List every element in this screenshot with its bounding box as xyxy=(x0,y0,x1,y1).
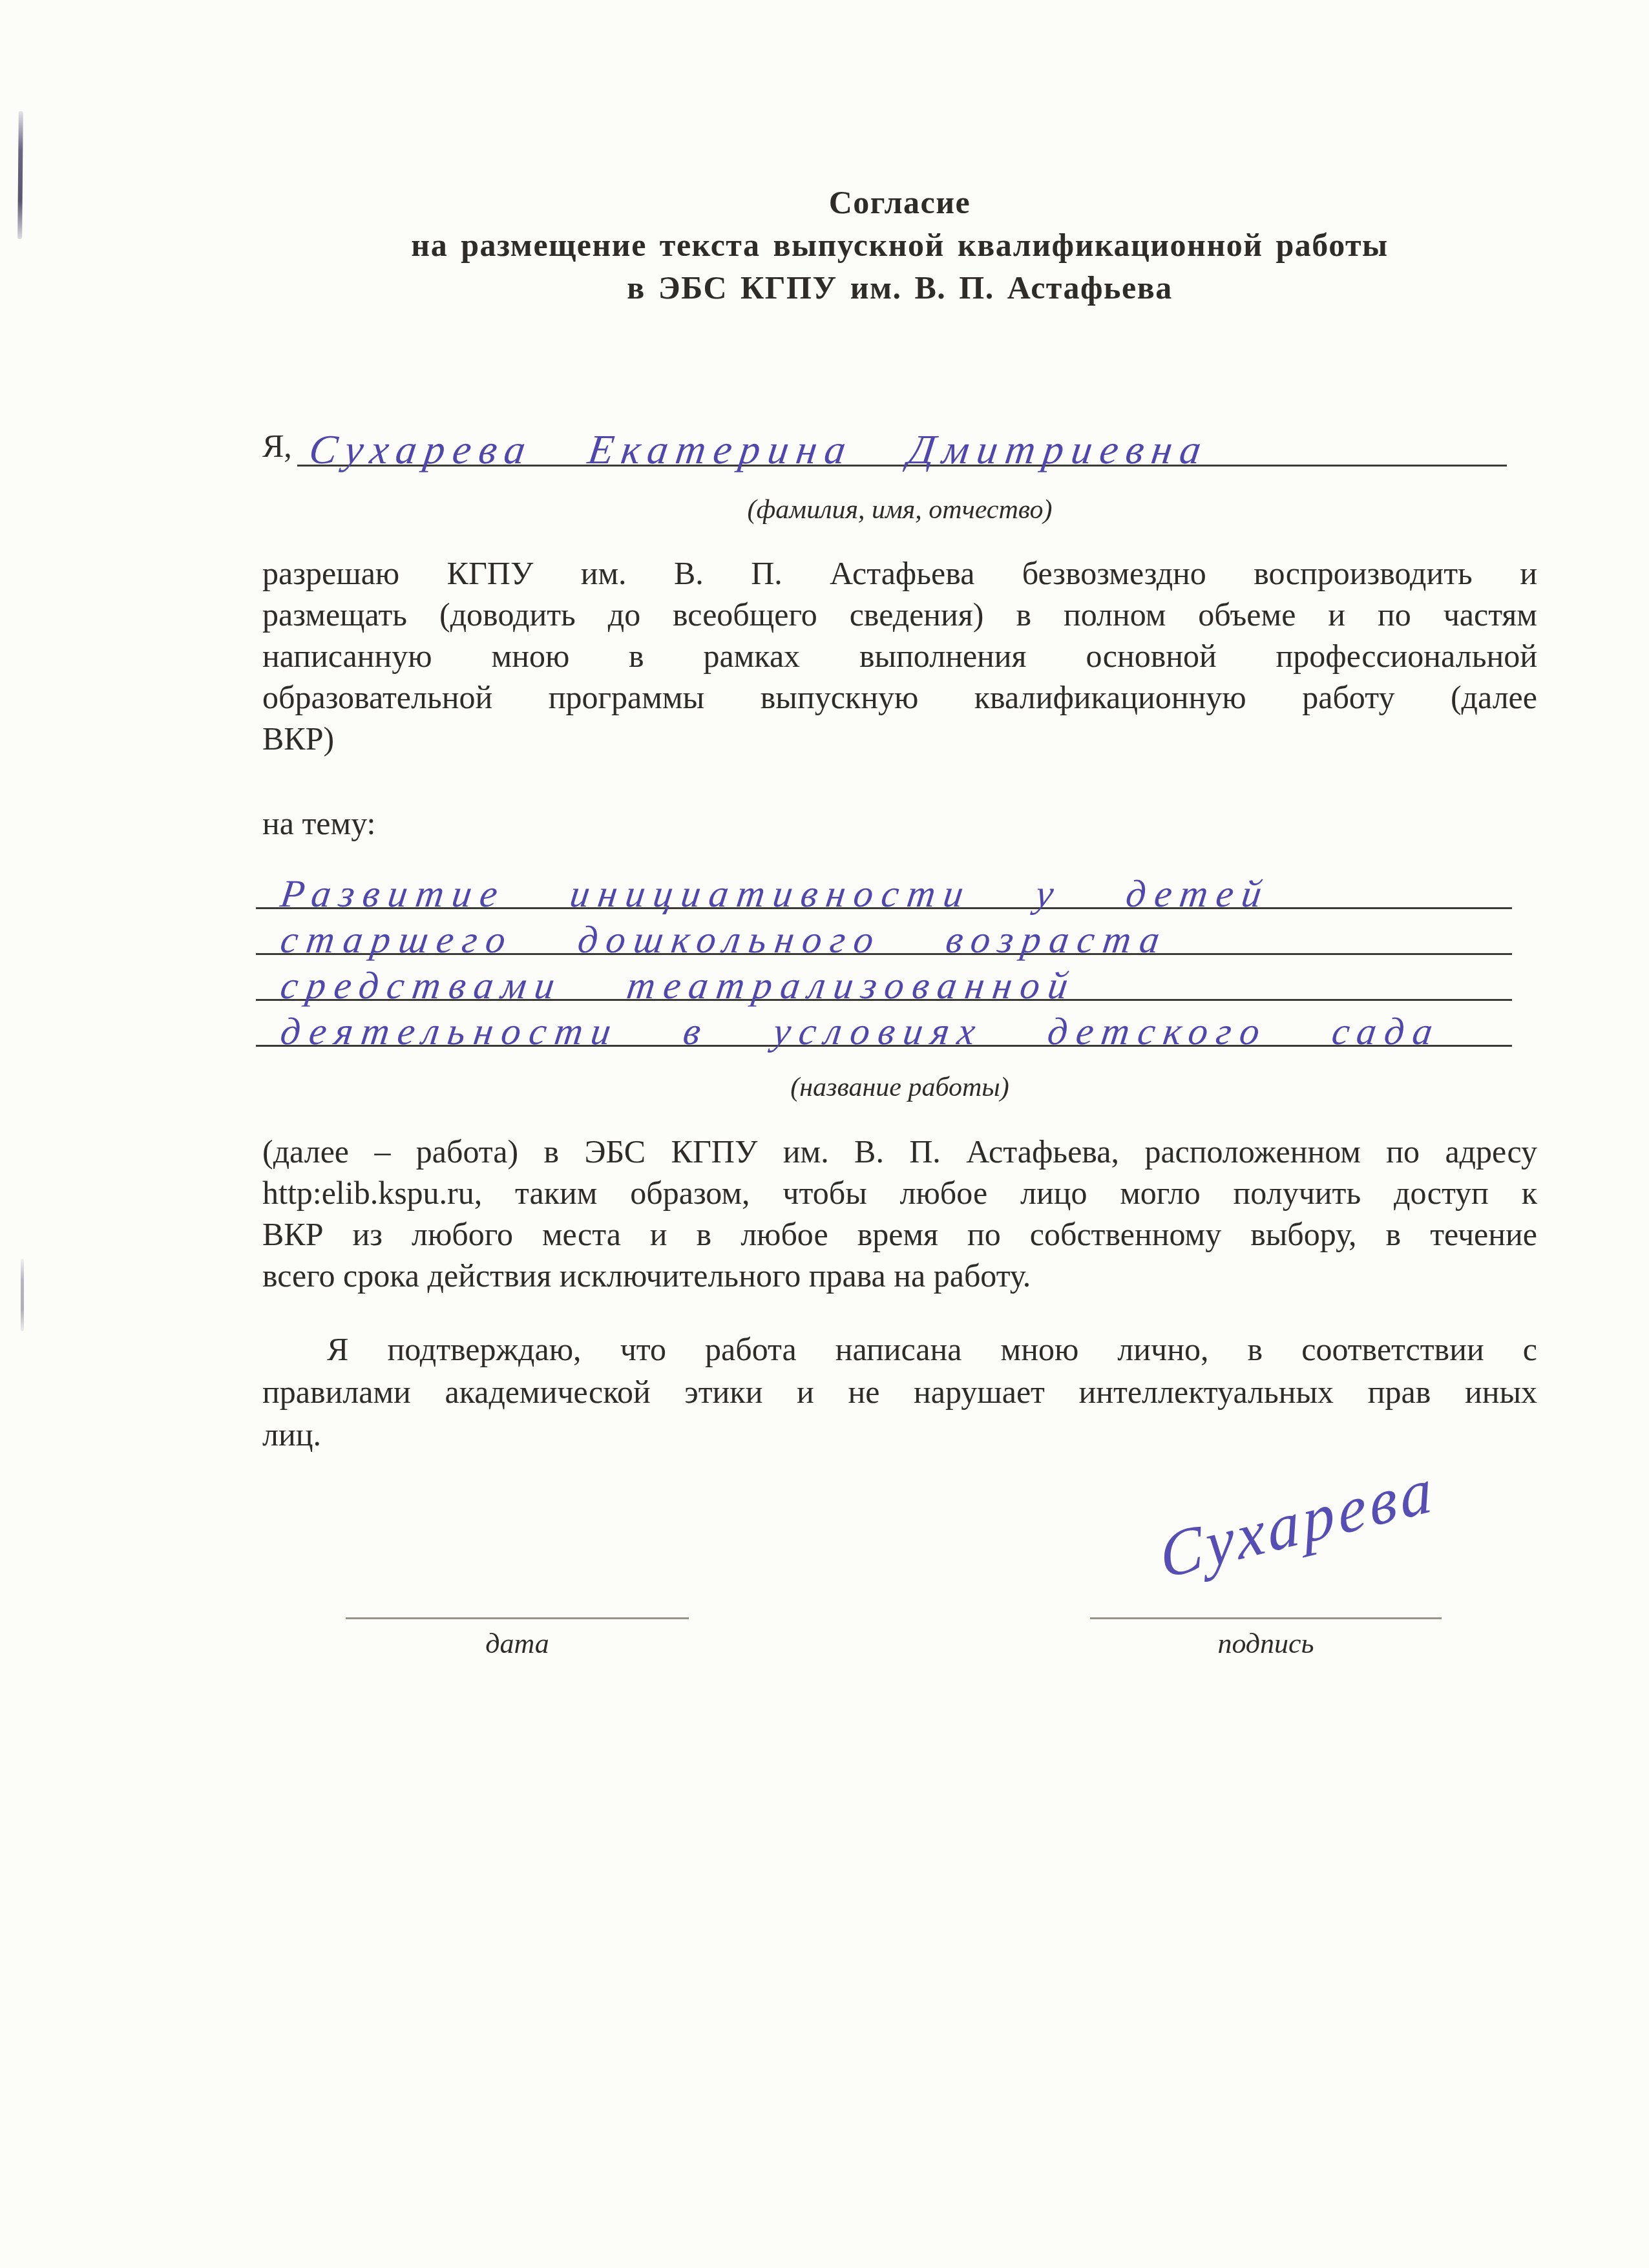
handwritten-signature: Сухарева xyxy=(1157,1451,1439,1594)
paragraph-line: лиц. xyxy=(262,1413,1537,1456)
theme-underline: деятельности в условиях детского сада xyxy=(256,1001,1512,1047)
theme-label: на тему: xyxy=(262,804,375,843)
name-caption: (фамилия, имя, отчество) xyxy=(262,495,1537,525)
name-prefix-label: Я, xyxy=(262,426,292,467)
paragraph-line: (далее – работа) в ЭБС КГПУ им. В. П. Ас… xyxy=(262,1131,1537,1172)
handwritten-full-name: Сухарева Екатерина Дмитриевна xyxy=(306,426,1212,474)
theme-underline: Развитие инициативности у детей xyxy=(256,863,1512,909)
signature-label: подпись xyxy=(1090,1628,1442,1659)
theme-caption: (название работы) xyxy=(262,1073,1537,1102)
paragraph-line: ВКР) xyxy=(262,718,1537,759)
date-label: дата xyxy=(346,1628,689,1659)
paragraph-line: всего срока действия исключительного пра… xyxy=(262,1255,1537,1296)
paragraph-line: ВКР из любого места и в любое время по с… xyxy=(262,1213,1537,1255)
paragraph-line: разрешаю КГПУ им. В. П. Астафьева безвоз… xyxy=(262,552,1537,594)
permission-paragraph: разрешаю КГПУ им. В. П. Астафьева безвоз… xyxy=(262,552,1537,759)
paragraph-line: Я подтверждаю, что работа написана мною … xyxy=(262,1328,1537,1370)
scan-ink-streak xyxy=(17,111,23,239)
title-line-2: на размещение текста выпускной квалифика… xyxy=(262,224,1537,266)
title-line-3: в ЭБС КГПУ им. В. П. Астафьева xyxy=(262,266,1537,309)
theme-underline: старшего дошкольного возраста xyxy=(256,909,1512,955)
access-paragraph: (далее – работа) в ЭБС КГПУ им. В. П. Ас… xyxy=(262,1131,1537,1296)
scan-ink-streak xyxy=(21,1259,24,1331)
paragraph-line: http:elib.kspu.ru, таким образом, чтобы … xyxy=(262,1172,1537,1213)
paragraph-line: образовательной программы выпускную квал… xyxy=(262,677,1537,718)
full-name-row: Я, Сухарева Екатерина Дмитриевна xyxy=(262,414,1507,467)
paragraph-line: написанную мною в рамках выполнения осно… xyxy=(262,635,1537,677)
date-line: дата xyxy=(346,1617,689,1659)
title-line-1: Согласие xyxy=(262,181,1537,224)
theme-underline: средствами театрализованной xyxy=(256,955,1512,1001)
name-underline: Сухарева Екатерина Дмитриевна xyxy=(297,412,1507,467)
paragraph-line: правилами академической этики и не наруш… xyxy=(262,1370,1537,1413)
paragraph-line: размещать (доводить до всеобщего сведени… xyxy=(262,594,1537,635)
theme-handwritten-block: Развитие инициативности у детей старшего… xyxy=(256,863,1512,1047)
document-title: Согласие на размещение текста выпускной … xyxy=(262,181,1537,309)
handwritten-theme-line: деятельности в условиях детского сада xyxy=(278,1009,1444,1054)
confirmation-paragraph: Я подтверждаю, что работа написана мною … xyxy=(262,1328,1537,1456)
scanned-consent-document: Согласие на размещение текста выпускной … xyxy=(0,0,1649,2268)
signature-line: подпись xyxy=(1090,1617,1442,1659)
